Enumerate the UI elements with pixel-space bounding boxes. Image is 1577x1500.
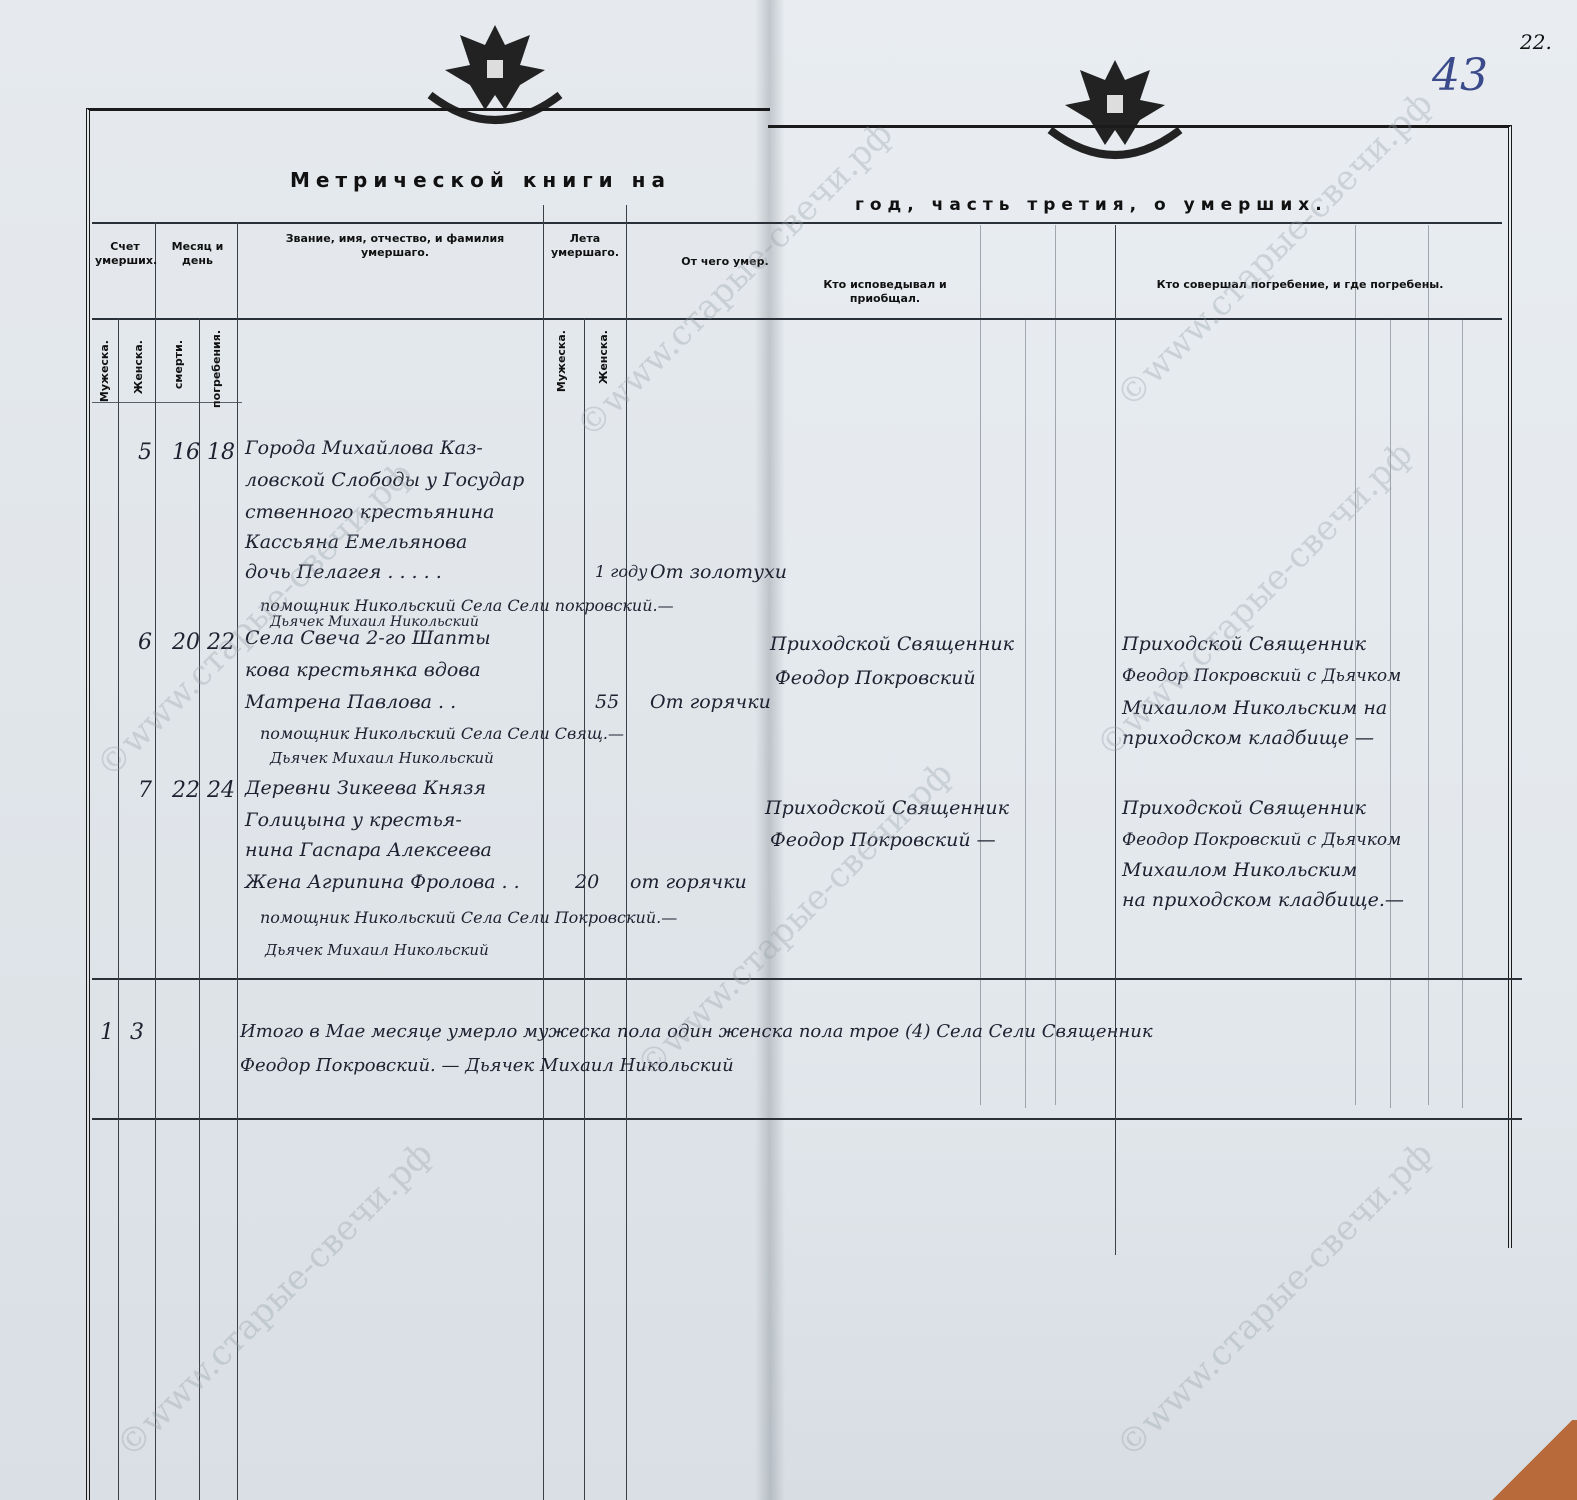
entry-2-burial-line-1: Приходской Священник (1122, 628, 1366, 660)
entry-3-confessor-line-1: Приходской Священник (765, 792, 1009, 824)
entry-3-confession-note: помощник Никольский Села Сели Покровский… (260, 902, 677, 934)
entry-3-name-line-1: Деревни Зикеева Князя (245, 772, 486, 804)
entry-3-name-line-3: нина Гаспара Алексеева (245, 834, 492, 866)
entry-2-confessor-line-2: Феодор Покровский (775, 662, 976, 694)
entry-2-burial-line-3: Михаилом Никольским на (1122, 692, 1387, 724)
entry-2-confessor-line-1: Приходской Священник (770, 628, 1014, 660)
entry-3-burial-day: 24 (207, 778, 235, 803)
entry-2-clerk-note: Дьячек Михаил Никольский (270, 742, 494, 774)
entry-2-cause: От горячки (650, 686, 771, 718)
entry-1-number: 5 (138, 440, 152, 465)
subheader-count-female: Женска. (132, 340, 145, 394)
right-page-title: год, часть третия, о умерших. (855, 195, 1328, 215)
entry-3-death-day: 22 (172, 778, 200, 803)
header-count-dead: Счет умерших. (95, 240, 155, 268)
entry-1-burial-day: 18 (207, 440, 235, 465)
entry-2-name-line-1: Села Свеча 2-го Шапты (245, 622, 491, 654)
subheader-age-male: Мужеска. (555, 330, 568, 392)
entry-3-burial-line-2: Феодор Покровский с Дьячком (1122, 824, 1401, 856)
entry-1-name-line-5: дочь Пелагея . . . . . (245, 556, 442, 588)
entry-3-burial-line-1: Приходской Священник (1122, 792, 1366, 824)
entry-2-burial-line-2: Феодор Покровский с Дьячком (1122, 660, 1401, 692)
entry-3-clerk-note: Дьячек Михаил Никольский (265, 934, 489, 966)
header-cause: От чего умер. (680, 255, 770, 269)
entry-1-name-line-1: Города Михайлова Каз- (245, 432, 483, 464)
entry-2-name-line-2: кова крестьянка вдова (245, 654, 481, 686)
entry-2-death-day: 20 (172, 630, 200, 655)
subheader-age-female: Женска. (597, 330, 610, 384)
entry-3-name-line-2: Голицына у крестья- (245, 804, 462, 836)
entry-3-age: 20 (575, 866, 599, 898)
entry-2-name-line-3: Матрена Павлова . . (245, 686, 456, 718)
folio-stamped: 43 (1432, 50, 1488, 101)
header-burial-by: Кто совершал погребение, и где погребены… (1140, 278, 1460, 292)
entry-2-burial-day: 22 (207, 630, 235, 655)
entry-3-number: 7 (138, 778, 152, 803)
subheader-burial: погребения. (210, 330, 223, 408)
entry-1-death-day: 16 (172, 440, 200, 465)
entry-1-name-line-4: Кассьяна Емельянова (245, 526, 467, 558)
entry-3-name-line-4: Жена Агрипина Фролова . . (245, 866, 520, 898)
entry-2-number: 6 (138, 630, 152, 655)
entry-3-confessor-line-2: Феодор Покровский — (770, 824, 996, 856)
entry-3-burial-line-3: Михаилом Никольским (1122, 854, 1357, 886)
header-age: Лета умершаго. (545, 232, 625, 260)
folio-handwritten: 22. (1520, 30, 1552, 54)
table-corner (1487, 1420, 1577, 1500)
header-month-day: Месяц и день (160, 240, 235, 268)
entry-2-burial-line-4: приходском кладбище — (1122, 722, 1374, 754)
entry-2-age: 55 (595, 686, 619, 718)
header-confession: Кто исповедывал и приобщал. (790, 278, 980, 306)
entry-1-age: 1 году (595, 556, 647, 588)
entry-3-burial-line-4: на приходском кладбище.— (1122, 884, 1404, 916)
header-name: Звание, имя, отчество, и фамилия умершаг… (260, 232, 530, 260)
left-page-title: Метрической книги на (290, 168, 671, 192)
entry-1-name-line-3: ственного крестьянина (245, 496, 494, 528)
summary-male: 1 (100, 1020, 114, 1045)
entry-1-name-line-2: ловской Слободы у Государ (245, 464, 524, 496)
subheader-count-male: Мужеска. (98, 340, 111, 402)
entry-1-cause: От золотухи (650, 556, 787, 588)
summary-line-2: Феодор Покровский. — Дьячек Михаил Никол… (240, 1050, 734, 1082)
summary-line-1: Итого в Мае месяце умерло мужеска пола о… (240, 1016, 1153, 1048)
entry-3-cause: от горячки (630, 866, 747, 898)
subheader-death: смерти. (172, 340, 185, 389)
summary-female: 3 (130, 1020, 144, 1045)
